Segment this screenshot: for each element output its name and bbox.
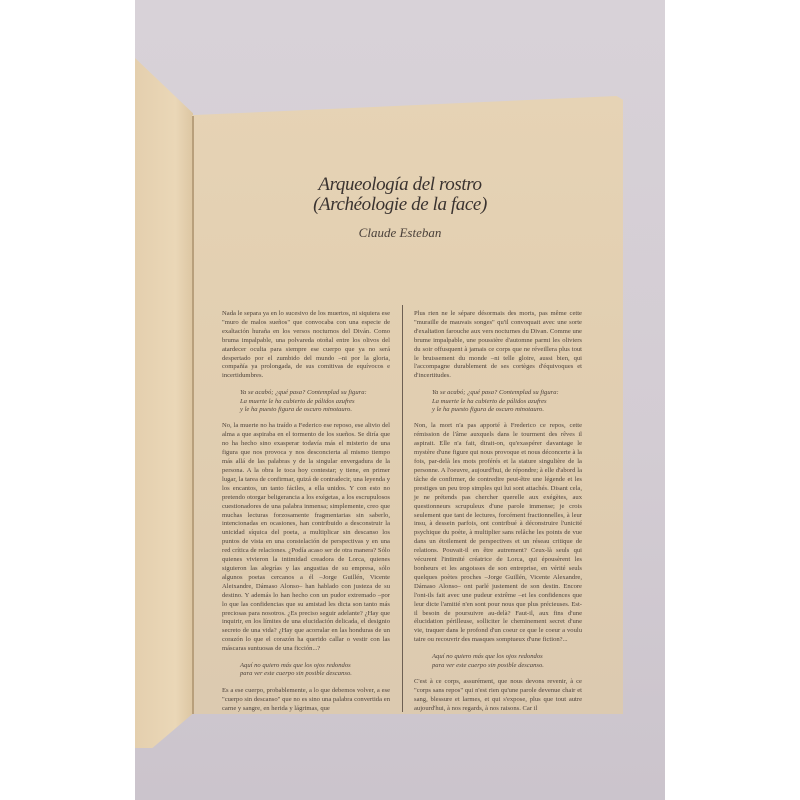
paragraph: No, la muerte no ha traído a Federico es…	[222, 422, 390, 654]
verse-line: La muerte le ha cubierto de pálidos azuf…	[432, 398, 582, 406]
verse-quote: Aquí no quiero más que los ojos redondos…	[432, 653, 582, 670]
verse-line: Aquí no quiero más que los ojos redondos	[240, 662, 390, 670]
article-title-french: (Archéologie de la face)	[300, 195, 500, 215]
verse-quote: Aquí no quiero más que los ojos redondos…	[240, 662, 390, 679]
paragraph: Nada le separa ya en lo sucesivo de los …	[222, 310, 390, 381]
verse-line: y le ha puesto figura de oscuro minotaur…	[432, 406, 582, 414]
verse-quote: Ya se acabó; ¿qué pasa? Contemplad su fi…	[240, 389, 390, 414]
french-column: Plus rien ne le sépare désormais des mor…	[414, 310, 582, 722]
verse-line: para ver este cuerpo sin posible descans…	[432, 662, 582, 670]
verse-line: Ya se acabó; ¿qué pasa? Contemplad su fi…	[432, 389, 582, 397]
verse-line: Aquí no quiero más que los ojos redondos	[432, 653, 582, 661]
verse-line: Ya se acabó; ¿qué pasa? Contemplad su fi…	[240, 389, 390, 397]
verse-quote: Ya se acabó; ¿qué pasa? Contemplad su fi…	[432, 389, 582, 414]
verse-line: La muerte le ha cubierto de pálidos azuf…	[240, 398, 390, 406]
verse-line: y le ha puesto figura de oscuro minotaur…	[240, 406, 390, 414]
page-spine	[192, 116, 194, 714]
paragraph: Non, la mort n'a pas apporté à Frederico…	[414, 422, 582, 645]
article-author: Claude Esteban	[300, 225, 500, 241]
paragraph: C'est à ce corps, assurément, que nous d…	[414, 678, 582, 714]
spanish-column: Nada le separa ya en lo sucesivo de los …	[222, 310, 390, 722]
facing-page-edge	[135, 58, 193, 748]
column-divider	[402, 305, 403, 712]
paragraph: Plus rien ne le sépare désormais des mor…	[414, 310, 582, 381]
paragraph: Es a ese cuerpo, probablemente, a lo que…	[222, 687, 390, 714]
verse-line: para ver este cuerpo sin posible descans…	[240, 670, 390, 678]
article-header: Arqueología del rostro (Archéologie de l…	[300, 175, 500, 241]
article-title-spanish: Arqueología del rostro	[300, 175, 500, 195]
